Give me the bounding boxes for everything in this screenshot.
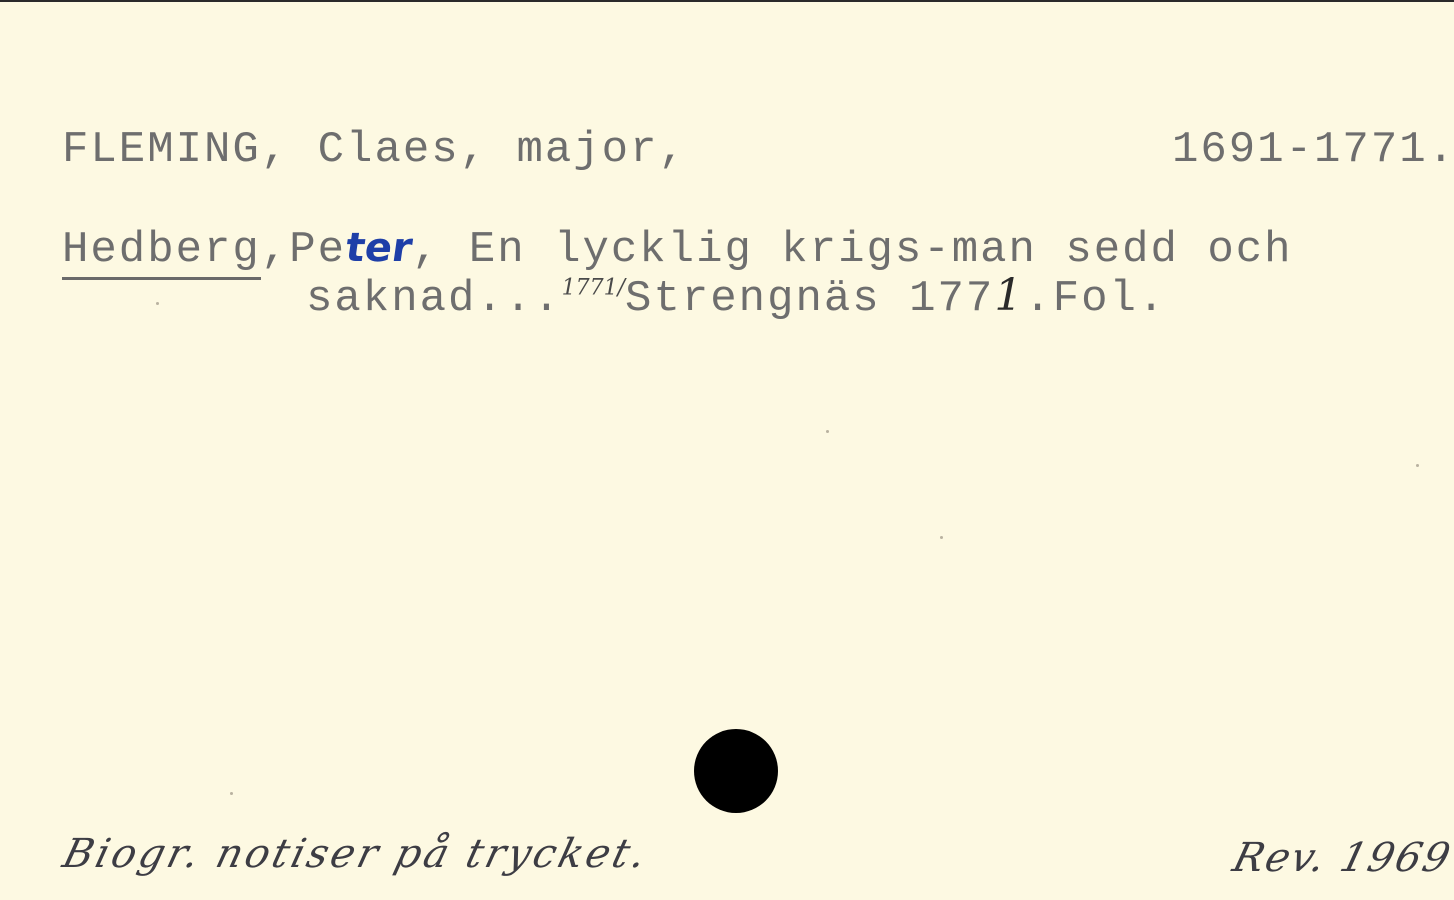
reference-line-2: saknad...1771/Strengnäs 1771.Fol. <box>306 274 1166 321</box>
paper-speck <box>1416 464 1419 467</box>
paper-speck <box>826 430 829 433</box>
catalog-card: FLEMING, Claes, major, 1691-1771. Hedber… <box>0 0 1454 900</box>
title-line-2-end: .Fol. <box>1024 274 1166 324</box>
author-separator: , <box>261 225 289 275</box>
punch-hole <box>694 729 778 813</box>
reference-line-1: Hedberg,Peter, En lycklig krigs-man sedd… <box>62 228 1293 272</box>
author-surname: Hedberg <box>62 225 261 280</box>
heading-dates: 1691-1771. <box>1172 128 1454 172</box>
title-line-2-start: saknad... <box>306 274 562 324</box>
paper-speck <box>940 536 943 539</box>
blue-ink-correction: ter <box>343 228 415 268</box>
handwritten-revision-note: Rev. 1969 <box>1229 838 1454 878</box>
heading-name: FLEMING, Claes, major, <box>62 128 687 172</box>
year-ink-correction: 1 <box>994 270 1024 321</box>
author-given-typed: Pe <box>289 225 346 275</box>
paper-speck <box>156 302 159 305</box>
paper-speck <box>230 792 233 795</box>
handwritten-note-left: Biogr. notiser på trycket. <box>59 834 653 874</box>
title-line-1: , En lycklig krigs-man sedd och <box>412 225 1293 275</box>
pencil-year-note: 1771/ <box>562 275 625 300</box>
title-line-2-place: Strengnäs 177 <box>625 274 994 324</box>
